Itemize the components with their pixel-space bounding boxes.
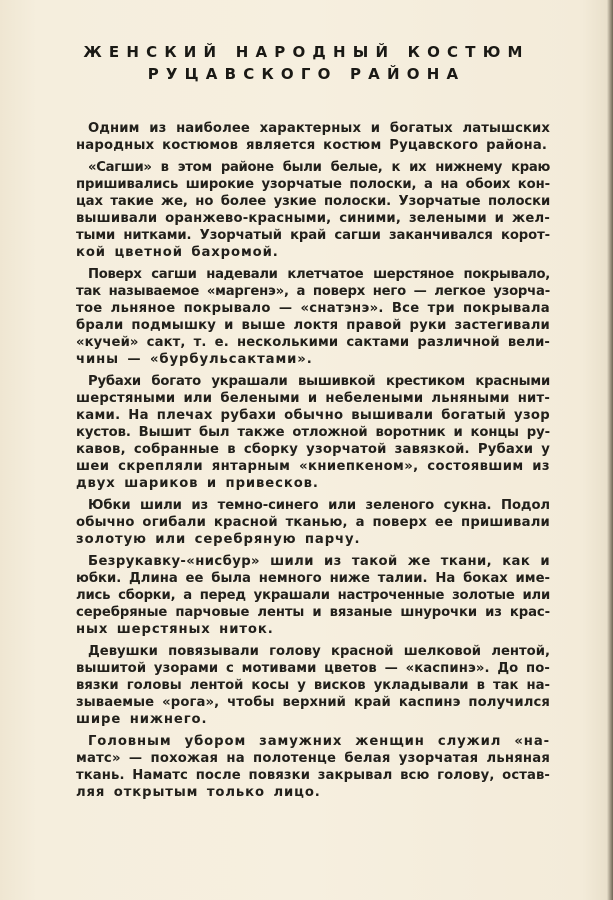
text-line: двух шариков и привесков.	[64, 476, 550, 493]
article-body: Одним из наиболее характерных и богатых …	[64, 121, 550, 808]
title-line-2: РУЦАВСКОГО РАЙОНА	[0, 65, 613, 83]
text-line: ляя открытым только лицо.	[64, 785, 550, 802]
paragraph: Головным убором замужних женщин служил «…	[64, 734, 550, 802]
text-line: Юбки шили из темно-синего или зеленого с…	[64, 498, 550, 515]
text-line: матс» — похожая на полотенце белая узорч…	[64, 751, 550, 768]
text-line: юбки. Длина ее была немного ниже талии. …	[64, 571, 550, 588]
text-line: Рубахи богато украшали вышивкой крестико…	[64, 374, 550, 391]
text-line: Одним из наиболее характерных и богатых …	[64, 121, 550, 138]
paragraph: Одним из наиболее характерных и богатых …	[64, 121, 550, 155]
text-line: вязки головы лентой косы у висков уклады…	[64, 678, 550, 695]
text-line: ных шерстяных ниток.	[64, 622, 550, 639]
paragraph: Юбки шили из темно-синего или зеленого с…	[64, 498, 550, 549]
text-line: кавов, собранные в сборку узорчатой завя…	[64, 442, 550, 459]
title-line-1: ЖЕНСКИЙ НАРОДНЫЙ КОСТЮМ	[0, 43, 613, 61]
text-line: шеи скрепляли янтарным «книепкеном», сос…	[64, 459, 550, 476]
text-line: пришивались широкие узорчатые полоски, а…	[64, 177, 550, 194]
paragraph: Девушки повязывали голову красной шелков…	[64, 644, 550, 728]
text-line: Поверх сагши надевали клетчатое шерстяно…	[64, 267, 550, 284]
text-line: кой цветной бахромой.	[64, 245, 550, 262]
text-line: Девушки повязывали голову красной шелков…	[64, 644, 550, 661]
text-line: кустов. Вышит был также отложной воротни…	[64, 425, 550, 442]
text-line: цах такие же, но более узкие полоски. Уз…	[64, 194, 550, 211]
text-line: чины — «бурбульсактами».	[64, 352, 550, 369]
paragraph: Рубахи богато украшали вышивкой крестико…	[64, 374, 550, 492]
text-line: тое льняное покрывало — «снатэнэ». Все т…	[64, 301, 550, 318]
text-line: лись сборки, а перед украшали настроченн…	[64, 588, 550, 605]
text-line: «Сагши» в этом районе были белые, к их н…	[64, 160, 550, 177]
text-line: тыми нитками. Узорчатый край сагши закан…	[64, 228, 550, 245]
text-line: вышивали оранжево-красными, синими, зеле…	[64, 211, 550, 228]
text-line: шире нижнего.	[64, 712, 550, 729]
text-line: ками. На плечах рубахи обычно вышивали б…	[64, 408, 550, 425]
text-line: «кучей» сакт, т. е. несколькими сактами …	[64, 335, 550, 352]
text-line: Головным убором замужних женщин служил «…	[64, 734, 550, 751]
text-line: зываемые «рога», чтобы верхний край касп…	[64, 695, 550, 712]
paragraph: «Сагши» в этом районе были белые, к их н…	[64, 160, 550, 261]
text-line: серебряные парчовые ленты и вязаные шнур…	[64, 605, 550, 622]
text-line: так называемое «маргенэ», а поверх него …	[64, 284, 550, 301]
text-line: народных костюмов является костюм Руцавс…	[64, 138, 550, 155]
paragraph: Поверх сагши надевали клетчатое шерстяно…	[64, 267, 550, 368]
text-line: Безрукавку-«нисбур» шили из такой же тка…	[64, 554, 550, 571]
text-line: обычно огибали красной тканью, а поверх …	[64, 515, 550, 532]
text-line: золотую или серебряную парчу.	[64, 532, 550, 549]
text-line: ткань. Наматс после повязки закрывал всю…	[64, 768, 550, 785]
text-line: вышитой узорами с мотивами цветов — «кас…	[64, 661, 550, 678]
text-line: шерстяными или белеными и небелеными льн…	[64, 391, 550, 408]
paragraph: Безрукавку-«нисбур» шили из такой же тка…	[64, 554, 550, 638]
text-line: брали подмышку и выше локтя правой руки …	[64, 318, 550, 335]
